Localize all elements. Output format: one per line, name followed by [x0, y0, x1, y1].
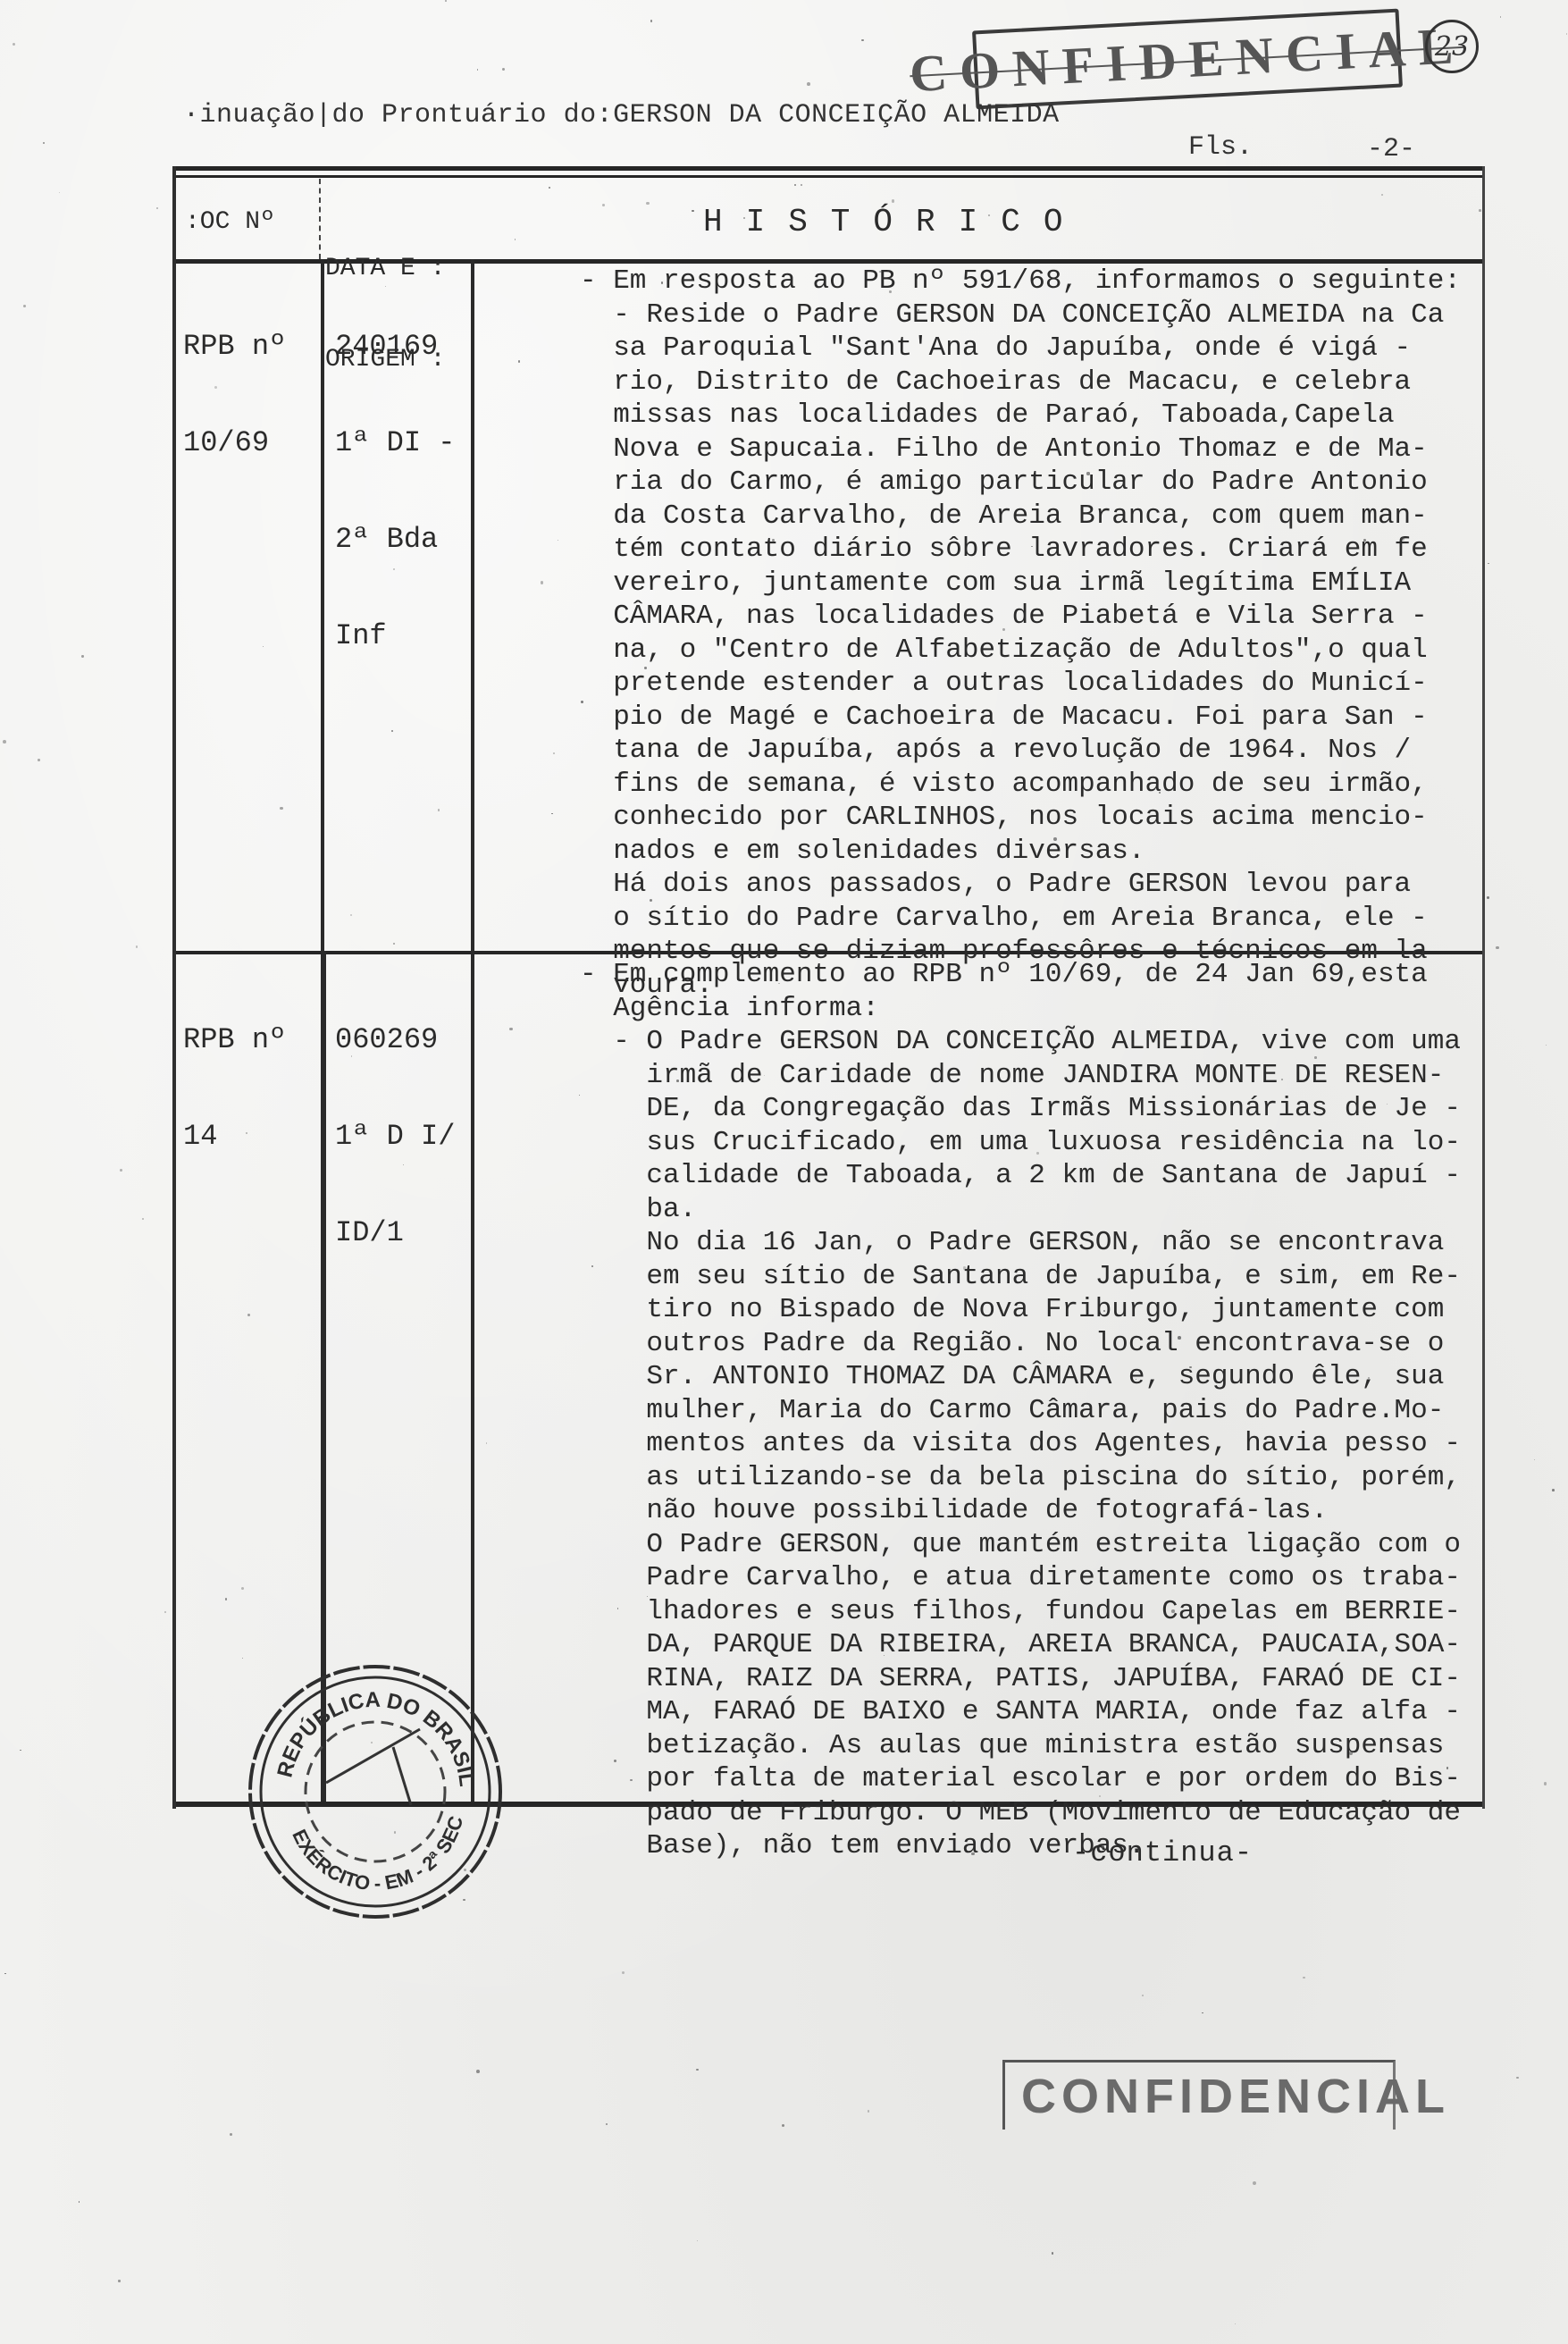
- scan-speck: [827, 738, 829, 740]
- scan-speck: [579, 1095, 580, 1096]
- confidential-stamp-top: CONFIDENCIAL: [972, 9, 1403, 110]
- scan-speck: [622, 1971, 625, 1974]
- scan-speck: [1086, 472, 1089, 475]
- scan-speck: [1349, 1752, 1353, 1755]
- scan-speck: [676, 1080, 679, 1082]
- scan-speck: [1178, 1336, 1181, 1340]
- scan-speck: [164, 1611, 166, 1613]
- historico-line: o sítio do Padre Carvalho, em Areia Bran…: [580, 902, 1478, 936]
- historico-line: por falta de material escolar e por orde…: [580, 1762, 1478, 1796]
- scan-speck: [246, 1132, 247, 1134]
- scan-speck: [955, 782, 959, 786]
- scan-speck: [1544, 1782, 1547, 1785]
- scan-speck: [38, 759, 40, 761]
- scan-speck: [225, 1598, 228, 1600]
- row2-date-origin: 060269 1ª D I/ ID/1: [335, 960, 455, 1314]
- scan-speck: [1401, 537, 1404, 541]
- row2-historico: - Em complemento ao RPB nº 10/69, de 24 …: [580, 958, 1478, 1863]
- scan-speck: [1363, 539, 1366, 542]
- scan-speck: [1053, 837, 1057, 841]
- row1-doc-number: 10/69: [183, 427, 286, 459]
- scan-speck: [606, 2123, 608, 2125]
- scan-speck: [225, 345, 226, 346]
- historico-line: Base), não tem enviado verbas.: [580, 1829, 1478, 1863]
- historico-line: ba.: [580, 1193, 1478, 1227]
- scan-speck: [1546, 1045, 1547, 1046]
- historico-line: pio de Magé e Cachoeira de Macacu. Foi p…: [580, 701, 1478, 735]
- scan-speck: [541, 581, 544, 584]
- scan-speck: [464, 1869, 466, 1871]
- scan-speck: [445, 0, 447, 2]
- scan-speck: [242, 1658, 243, 1659]
- scan-speck: [650, 20, 652, 21]
- scan-speck: [1354, 1034, 1356, 1036]
- scan-speck: [861, 39, 863, 41]
- row1-origin-2: 2ª Bda: [335, 524, 455, 556]
- scan-speck: [1102, 1845, 1103, 1847]
- historico-line: rio, Distrito de Cachoeiras de Macacu, e…: [580, 365, 1478, 399]
- scan-speck: [1488, 563, 1489, 565]
- scan-speck: [142, 1218, 144, 1220]
- scan-speck: [81, 655, 83, 657]
- historico-line: fins de semana, é visto acompanhado de s…: [580, 768, 1478, 802]
- historico-line: as utilizando-se da bela piscina do síti…: [580, 1461, 1478, 1495]
- scan-speck: [59, 192, 61, 194]
- scan-speck: [646, 202, 649, 205]
- scan-speck: [43, 142, 45, 144]
- scan-speck: [1281, 1079, 1283, 1080]
- row1-date-origin: 240169 1ª DI - 2ª Bda Inf: [335, 266, 455, 717]
- scan-speck: [23, 305, 26, 307]
- scan-speck: [1423, 1405, 1425, 1407]
- scan-speck: [1171, 1609, 1175, 1613]
- fls-label: Fls.: [1188, 132, 1253, 163]
- scan-speck: [818, 1335, 820, 1337]
- scan-speck: [1446, 1767, 1448, 1769]
- row1-doc: RPB nº 10/69: [183, 266, 286, 524]
- scan-speck: [892, 199, 895, 203]
- historico-line: O Padre GERSON, que mantém estreita liga…: [580, 1528, 1478, 1562]
- historico-line: tiro no Bispado de Nova Friburgo, juntam…: [580, 1293, 1478, 1327]
- scan-speck: [1479, 209, 1481, 212]
- historico-line: Nova e Sapucaia. Filho de Antonio Thomaz…: [580, 433, 1478, 466]
- historico-line: missas nas localidades de Paraó, Taboada…: [580, 399, 1478, 433]
- scan-speck: [1235, 2323, 1236, 2324]
- historico-line: - Em resposta ao PB nº 591/68, informamo…: [580, 265, 1478, 298]
- scan-speck: [697, 2240, 698, 2241]
- row1-date: 240169: [335, 331, 455, 363]
- scan-speck: [1552, 1489, 1555, 1491]
- scan-speck: [4, 1973, 6, 1975]
- scan-speck: [868, 2110, 869, 2112]
- row2-doc-type: RPB nº: [183, 1024, 286, 1056]
- historico-line: pretende estender a outras localidades d…: [580, 667, 1478, 701]
- scan-speck: [1566, 33, 1568, 35]
- historico-line: na, o "Centro de Alfabetização de Adulto…: [580, 634, 1478, 668]
- historico-line: - Em complemento ao RPB nº 10/69, de 24 …: [580, 958, 1478, 992]
- row2-doc-number: 14: [183, 1121, 286, 1153]
- confidential-stamp-text: CONFIDENCIAL: [908, 14, 1466, 103]
- scan-speck: [477, 69, 479, 71]
- historico-line: nados e em solenidades diversas.: [580, 835, 1478, 869]
- historico-line: tana de Japuíba, após a revolução de 196…: [580, 734, 1478, 768]
- historico-line: da Costa Carvalho, de Areia Branca, com …: [580, 500, 1478, 533]
- historico-line: DE, da Congregação das Irmãs Missionária…: [580, 1092, 1478, 1126]
- historico-line: calidade de Taboada, a 2 km de Santana d…: [580, 1159, 1478, 1193]
- confidential-stamp-bottom: CONFIDENCIAL: [1002, 2060, 1396, 2130]
- scan-speck: [3, 740, 6, 744]
- scan-speck: [136, 945, 138, 948]
- scan-speck: [253, 223, 254, 223]
- scan-speck: [438, 809, 440, 811]
- scan-speck: [1052, 2252, 1053, 2254]
- scan-speck: [801, 184, 802, 186]
- historico-line: tém contato diário sôbre lavradores. Cri…: [580, 533, 1478, 567]
- scan-speck: [1202, 2012, 1203, 2014]
- scan-speck: [1496, 946, 1499, 950]
- scan-speck: [614, 1760, 616, 1762]
- row2-origin-1: 1ª D I/: [335, 1121, 455, 1153]
- historico-line: Há dois anos passados, o Padre GERSON le…: [580, 868, 1478, 902]
- scan-speck: [772, 539, 775, 542]
- scan-speck: [551, 813, 552, 814]
- scan-speck: [764, 1075, 765, 1076]
- header-historico: HISTÓRICO: [703, 206, 1086, 239]
- row1-origin-1: 1ª DI -: [335, 427, 455, 459]
- historico-line: sa Paroquial "Sant'Ana do Japuíba, onde …: [580, 332, 1478, 365]
- historico-line: Padre Carvalho, e atua diretamente como …: [580, 1561, 1478, 1595]
- scan-speck: [1036, 1152, 1039, 1155]
- scan-speck: [863, 1575, 865, 1576]
- scan-speck: [889, 290, 892, 293]
- scan-speck: [743, 217, 745, 219]
- scan-speck: [971, 1853, 975, 1856]
- historico-line: No dia 16 Jan, o Padre GERSON, não se en…: [580, 1226, 1478, 1260]
- scan-speck: [553, 752, 555, 754]
- row1-origin-3: Inf: [335, 620, 455, 652]
- historico-line: lhadores e seus filhos, fundou Capelas e…: [580, 1595, 1478, 1629]
- historico-line: mentos antes da visita dos Agentes, havi…: [580, 1427, 1478, 1461]
- scan-speck: [371, 1742, 373, 1743]
- scan-speck: [515, 239, 516, 239]
- row1-doc-type: RPB nº: [183, 331, 286, 363]
- confidential-stamp-text: CONFIDENCIAL: [1021, 2069, 1450, 2124]
- scan-speck: [1103, 1310, 1105, 1312]
- scan-speck: [644, 667, 647, 669]
- row2-origin-2: ID/1: [335, 1217, 455, 1249]
- scan-speck: [1253, 2181, 1256, 2185]
- scan-speck: [807, 82, 810, 86]
- scan-speck: [385, 286, 386, 287]
- historico-line: ria do Carmo, é amigo particular do Padr…: [580, 466, 1478, 500]
- scan-speck: [1500, 16, 1502, 18]
- scan-speck: [1487, 896, 1490, 900]
- historico-line: Agência informa:: [580, 992, 1478, 1026]
- historico-line: conhecido por CARLINHOS, nos locais acim…: [580, 801, 1478, 835]
- scan-speck: [280, 807, 282, 810]
- scan-speck: [1303, 1977, 1305, 1979]
- historico-line: - O Padre GERSON DA CONCEIÇÃO ALMEIDA, v…: [580, 1025, 1478, 1059]
- historico-line: DA, PARQUE DA RIBEIRA, AREIA BRANCA, PAU…: [580, 1628, 1478, 1662]
- historico-line: CÂMARA, nas localidades de Piabetá e Vil…: [580, 600, 1478, 634]
- scan-speck: [1189, 1366, 1192, 1369]
- scan-speck: [1516, 2077, 1518, 2079]
- scan-speck: [1381, 194, 1382, 195]
- historico-line: irmã de Caridade de nome JANDIRA MONTE D…: [580, 1059, 1478, 1093]
- historico-line: sus Crucificado, em uma luxuosa residênc…: [580, 1126, 1478, 1160]
- scan-speck: [1314, 1056, 1316, 1058]
- scan-speck: [1165, 1236, 1168, 1239]
- historico-table: :OC Nº DATA E : ORIGEM : HISTÓRICO RPB n…: [172, 166, 1485, 1809]
- scan-speck: [1142, 1995, 1143, 1995]
- row2-date: 060269: [335, 1024, 455, 1056]
- scan-speck: [120, 1169, 122, 1172]
- scan-speck: [486, 1442, 487, 1443]
- historico-line: em seu sítio de Santana de Japuíba, e si…: [580, 1260, 1478, 1294]
- page-number-circle: 23: [1425, 20, 1479, 73]
- table-top-border-inner: [176, 175, 1482, 178]
- row1-historico: - Em resposta ao PB nº 591/68, informamo…: [580, 265, 1478, 1002]
- historico-line: MA, FARAÓ DE BAIXO e SANTA MARIA, onde f…: [580, 1695, 1478, 1729]
- record-title: ·inuação|do Prontuário do:GERSON DA CONC…: [183, 100, 1309, 130]
- scan-speck: [696, 2069, 699, 2071]
- scan-speck: [230, 2133, 232, 2136]
- scan-speck: [118, 2280, 120, 2281]
- scan-speck: [1534, 1459, 1535, 1460]
- continua-label: -continua-: [1072, 1836, 1253, 1869]
- scan-speck: [476, 2070, 480, 2073]
- scan-speck: [156, 207, 159, 210]
- scan-speck: [581, 701, 583, 703]
- historico-line: Sr. ANTONIO THOMAZ DA CÂMARA e, segundo …: [580, 1360, 1478, 1394]
- scan-speck: [502, 68, 505, 71]
- document-page: CONFIDENCIAL 23 ·inuação|do Prontuário d…: [0, 0, 1568, 2344]
- fls-number: -2-: [1367, 134, 1415, 164]
- row2-doc: RPB nº 14: [183, 960, 286, 1217]
- table-top-border: [176, 166, 1482, 171]
- header-doc-number: :OC Nº: [185, 206, 275, 239]
- historico-line: vereiro, juntamente com sua irmã legítim…: [580, 567, 1478, 601]
- historico-line: pado de Friburgo. O MEB (Movimento de Ed…: [580, 1796, 1478, 1830]
- scan-speck: [692, 886, 693, 888]
- scan-speck: [403, 1164, 404, 1165]
- historico-line: betização. As aulas que ministra estão s…: [580, 1729, 1478, 1763]
- column-divider-data: [471, 259, 474, 1802]
- scan-speck: [782, 2124, 784, 2127]
- historico-line: não houve possibilidade de fotografá-las…: [580, 1494, 1478, 1528]
- scan-speck: [79, 2201, 80, 2203]
- header-divider: [319, 179, 321, 259]
- historico-line: RINA, RAIZ DA SERRA, PATIS, JAPUÍBA, FAR…: [580, 1662, 1478, 1696]
- historico-line: - Reside o Padre GERSON DA CONCEIÇÃO ALM…: [580, 298, 1478, 332]
- historico-line: mulher, Maria do Carmo Câmara, pais do P…: [580, 1394, 1478, 1428]
- historico-line: outros Padre da Região. No local encontr…: [580, 1327, 1478, 1361]
- scan-speck: [1002, 628, 1005, 631]
- army-seal-icon: REPÚBLICA DO BRASIL EXÉRCITO - EM - 2ª S…: [241, 1658, 509, 1926]
- scan-speck: [20, 1750, 21, 1751]
- scan-speck: [13, 43, 15, 46]
